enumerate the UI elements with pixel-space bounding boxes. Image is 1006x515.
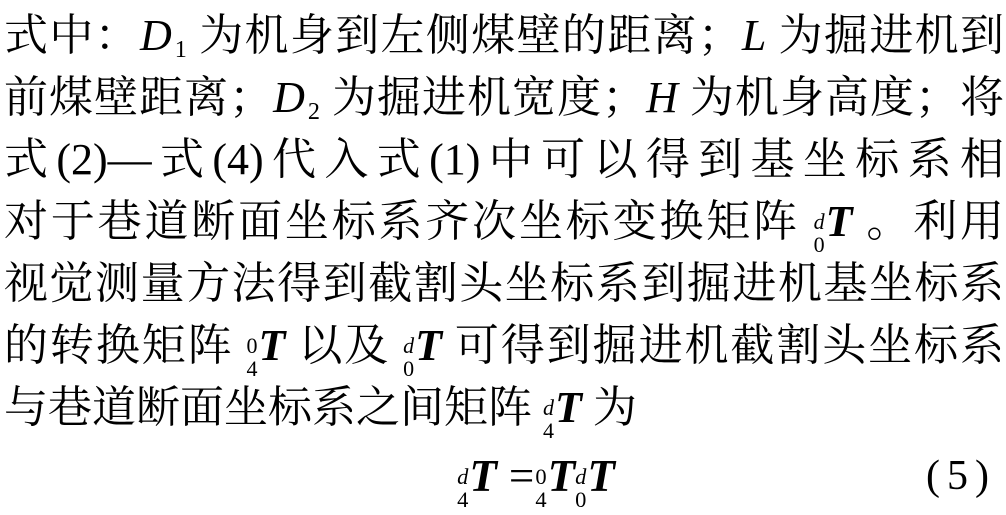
matrix-presubscript: 0 <box>575 488 586 512</box>
equals-operator: = <box>509 451 534 501</box>
matrix-presuperscript: d <box>457 465 468 489</box>
matrix-letter: T <box>548 451 576 501</box>
matrix-symbol: d0T <box>575 451 615 501</box>
paper-page: 式中：D1 为机身到左侧煤壁的距离；L 为掘进机到前煤壁距离；D2 为掘进机宽度… <box>0 0 1006 515</box>
paragraph-line: 式中：D1 为机身到左侧煤壁的距离；L 为掘进机到 <box>4 5 1004 67</box>
matrix-prescripts: d0 <box>814 210 825 256</box>
text-run: 。利用 <box>853 197 1004 246</box>
text-run: 为掘进机到 <box>766 11 1004 60</box>
text-run: 视觉测量方法得到截割头坐标系到掘进机基坐标系 <box>4 259 1004 308</box>
matrix-presubscript: 4 <box>535 488 546 512</box>
matrix-letter: T <box>259 321 286 370</box>
variable-subscript: 1 <box>175 36 187 63</box>
math-variable: H <box>646 73 678 122</box>
matrix-prescripts: 04 <box>247 334 258 380</box>
matrix-presubscript: 4 <box>457 488 468 512</box>
matrix-presuperscript: 0 <box>535 465 546 489</box>
matrix-presuperscript: d <box>403 334 414 357</box>
equation-row: d4T=04Td0T (5) <box>4 439 1004 513</box>
variable-letter: H <box>646 73 678 122</box>
math-variable: D1 <box>140 11 187 60</box>
paragraph-line: 前煤壁距离；D2 为掘进机宽度；H 为机身高度；将 <box>4 67 1004 129</box>
matrix-letter: T <box>415 321 442 370</box>
variable-letter: L <box>742 11 766 60</box>
matrix-presuperscript: d <box>575 465 586 489</box>
paragraph-line: 与巷道断面坐标系之间矩阵 d4T 为 <box>4 377 1004 439</box>
matrix-prescripts: d0 <box>575 465 586 512</box>
text-run: 为机身到左侧煤壁的距离； <box>187 11 742 60</box>
matrix-prescripts: 04 <box>535 465 546 512</box>
text-run: 为机身高度；将 <box>678 73 1004 122</box>
text-run: 可得到掘进机截割头坐标系 <box>442 321 1004 370</box>
paragraph: 式中：D1 为机身到左侧煤壁的距离；L 为掘进机到前煤壁距离；D2 为掘进机宽度… <box>4 5 1004 439</box>
matrix-prescripts: d4 <box>457 465 468 512</box>
text-run: 式(2)—式(4)代入式(1)中可以得到基坐标系相 <box>4 135 1004 184</box>
text-run: 以及 <box>285 321 403 370</box>
paragraph-line: 式(2)—式(4)代入式(1)中可以得到基坐标系相 <box>4 129 1004 191</box>
variable-subscript: 2 <box>308 98 320 125</box>
matrix-letter: T <box>555 383 582 432</box>
math-variable: L <box>742 11 766 60</box>
text-run: 前煤壁距离； <box>4 73 273 122</box>
matrix-prescripts: d0 <box>403 334 414 380</box>
matrix-symbol: 04T <box>247 321 286 370</box>
matrix-letter: T <box>587 451 615 501</box>
paragraph-line: 对于巷道断面坐标系齐次坐标变换矩阵 d0T 。利用 <box>4 191 1004 253</box>
matrix-symbol: d4T <box>543 383 582 432</box>
text-run: 的转换矩阵 <box>4 321 247 370</box>
math-variable: D2 <box>273 73 320 122</box>
matrix-presuperscript: 0 <box>247 334 258 357</box>
variable-letter: D <box>273 73 305 122</box>
matrix-presuperscript: d <box>814 210 825 233</box>
matrix-symbol: d4T <box>457 451 497 501</box>
matrix-symbol: d0T <box>814 197 853 246</box>
matrix-letter: T <box>826 197 853 246</box>
equation: d4T=04Td0T <box>457 439 615 513</box>
variable-letter: D <box>140 11 172 60</box>
text-run: 与巷道断面坐标系之间矩阵 <box>4 383 543 432</box>
matrix-prescripts: d4 <box>543 396 554 442</box>
matrix-symbol: d0T <box>403 321 442 370</box>
text-run: 为掘进机宽度； <box>320 73 646 122</box>
matrix-symbol: 04T <box>535 451 575 501</box>
paragraph-line: 的转换矩阵 04T 以及 d0T 可得到掘进机截割头坐标系 <box>4 315 1004 377</box>
equation-number: (5) <box>926 439 996 513</box>
matrix-letter: T <box>469 451 497 501</box>
text-run: 式中： <box>4 11 140 60</box>
paragraph-line: 视觉测量方法得到截割头坐标系到掘进机基坐标系 <box>4 253 1004 315</box>
text-run: 为 <box>582 383 637 432</box>
text-run: 对于巷道断面坐标系齐次坐标变换矩阵 <box>4 197 814 246</box>
matrix-presuperscript: d <box>543 396 554 419</box>
